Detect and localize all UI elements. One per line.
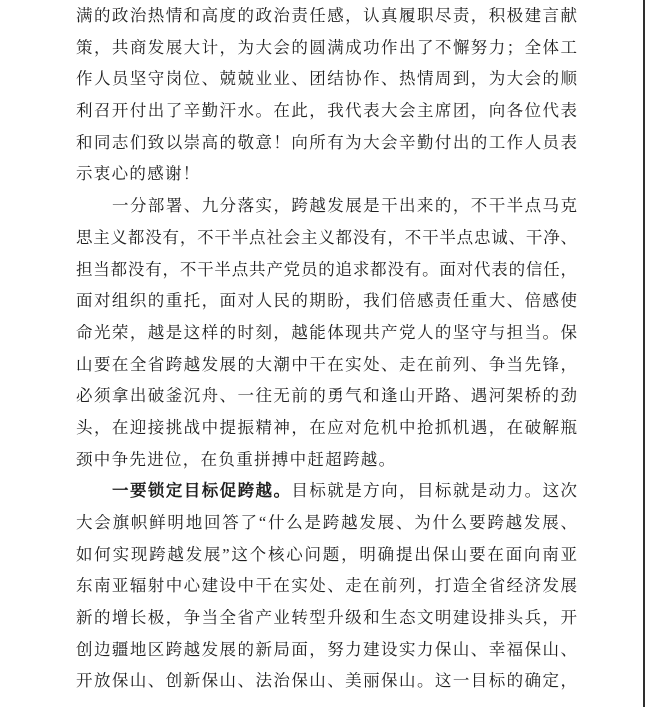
line-text: 如何实现跨越发展”这个核心问题，明确提出保山要在面向南亚 [76,545,577,564]
line-text: 头，在迎接挑战中提振精神，在应对危机中抢抓机遇，在破解瓶 [76,418,577,437]
line-text: 和同志们致以崇高的敬意！向所有为大会辛勤付出的工作人员表 [76,133,577,152]
text-line: 大会旗帜鲜明地回答了“什么是跨越发展、为什么要跨越发展、 [76,507,577,539]
text-line: 思主义都没有，不干半点社会主义都没有，不干半点忠诚、干净、 [76,222,577,254]
text-line: 利召开付出了辛勤汗水。在此，我代表大会主席团，向各位代表 [76,95,577,127]
line-text: 利召开付出了辛勤汗水。在此，我代表大会主席团，向各位代表 [76,101,577,120]
line-text: 颈中争先进位，在负重拼搏中赶超跨越。 [76,450,396,469]
line-text: 大会旗帜鲜明地回答了“什么是跨越发展、为什么要跨越发展、 [76,513,577,532]
text-line: 作人员坚守岗位、兢兢业业、团结协作、热情周到，为大会的顺 [76,63,577,95]
text-line-paragraph-end: 示衷心的感谢！ [76,158,577,190]
text-line: 策，共商发展大计，为大会的圆满成功作出了不懈努力；全体工 [76,32,577,64]
text-line: 头，在迎接挑战中提振精神，在应对危机中抢抓机遇，在破解瓶 [76,412,577,444]
line-text: 示衷心的感谢！ [76,164,201,183]
line-text: 创边疆地区跨越发展的新局面，努力建设实力保山、幸福保山、 [76,640,577,659]
line-text: 思主义都没有，不干半点社会主义都没有，不干半点忠诚、干净、 [76,228,577,247]
text-line: 满的政治热情和高度的政治责任感，认真履职尽责，积极建言献 [76,0,577,32]
line-text: 开放保山、创新保山、法治保山、美丽保山。这一目标的确定， [76,671,577,690]
line-text: 山要在全省跨越发展的大潮中干在实处、走在前列、争当先锋， [76,355,577,374]
line-text: 策，共商发展大计，为大会的圆满成功作出了不懈努力；全体工 [76,38,577,57]
text-line-paragraph-start: 一要锁定目标促跨越。目标就是方向，目标就是动力。这次 [76,475,577,507]
scan-edge-line [643,0,645,707]
text-line: 命光荣，越是这样的时刻，越能体现共产党人的坚守与担当。保 [76,317,577,349]
line-text: 一分部署、九分落实，跨越发展是干出来的，不干半点马克 [112,196,577,215]
text-line: 新的增长极，争当全省产业转型升级和生态文明建设排头兵，开 [76,602,577,634]
text-line: 担当都没有，不干半点共产党员的追求都没有。面对代表的信任， [76,254,577,286]
line-text: 东南亚辐射中心建设中干在实处、走在前列，打造全省经济发展 [76,576,577,595]
line-text: 面对组织的重托，面对人民的期盼，我们倍感责任重大、倍感使 [76,291,577,310]
line-text: 新的增长极，争当全省产业转型升级和生态文明建设排头兵，开 [76,608,577,627]
line-text: 必须拿出破釜沉舟、一往无前的勇气和逢山开路、遇河架桥的劲 [76,386,577,405]
text-line: 创边疆地区跨越发展的新局面，努力建设实力保山、幸福保山、 [76,634,577,666]
line-text: 目标就是方向，目标就是动力。这次 [291,481,577,500]
section-heading-bold-text: 一要锁定目标促跨越。 [112,482,291,500]
document-text: 满的政治热情和高度的政治责任感，认真履职尽责，积极建言献 策，共商发展大计，为大… [76,0,577,697]
document-page: 满的政治热情和高度的政治责任感，认真履职尽责，积极建言献 策，共商发展大计，为大… [0,0,647,707]
line-text: 作人员坚守岗位、兢兢业业、团结协作、热情周到，为大会的顺 [76,69,577,88]
text-line-paragraph-end: 颈中争先进位，在负重拼搏中赶超跨越。 [76,444,577,476]
line-text: 满的政治热情和高度的政治责任感，认真履职尽责，积极建言献 [76,6,577,25]
text-line-paragraph-start: 一分部署、九分落实，跨越发展是干出来的，不干半点马克 [76,190,577,222]
line-text: 命光荣，越是这样的时刻，越能体现共产党人的坚守与担当。保 [76,323,577,342]
text-line: 山要在全省跨越发展的大潮中干在实处、走在前列、争当先锋， [76,349,577,381]
text-line: 必须拿出破釜沉舟、一往无前的勇气和逢山开路、遇河架桥的劲 [76,380,577,412]
text-line: 和同志们致以崇高的敬意！向所有为大会辛勤付出的工作人员表 [76,127,577,159]
text-line: 如何实现跨越发展”这个核心问题，明确提出保山要在面向南亚 [76,539,577,571]
text-line: 东南亚辐射中心建设中干在实处、走在前列，打造全省经济发展 [76,570,577,602]
text-line: 开放保山、创新保山、法治保山、美丽保山。这一目标的确定， [76,665,577,697]
text-line: 面对组织的重托，面对人民的期盼，我们倍感责任重大、倍感使 [76,285,577,317]
line-text: 担当都没有，不干半点共产党员的追求都没有。面对代表的信任， [76,260,577,279]
